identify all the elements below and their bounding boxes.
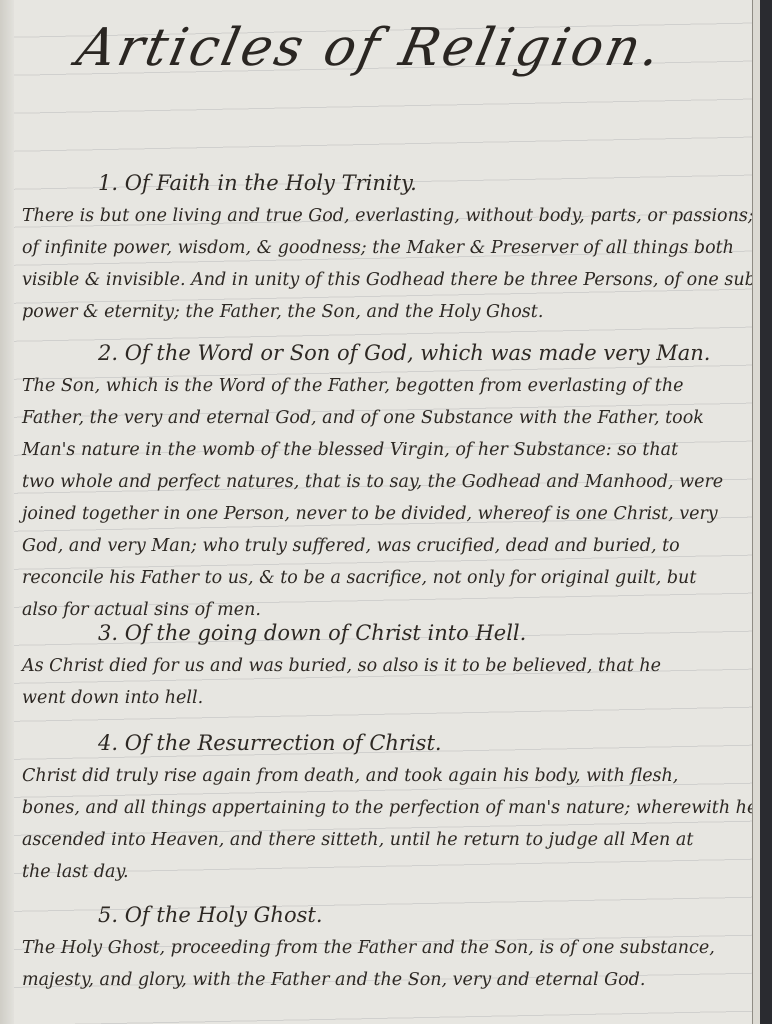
text-line: As Christ died for us and was buried, so… [22,650,752,682]
article-heading: 2. Of the Word or Son of God, which was … [22,338,752,368]
text-line: ascended into Heaven, and there sitteth,… [22,824,752,856]
text-line: visible & invisible. And in unity of thi… [22,264,752,296]
article-body: The Holy Ghost, proceeding from the Fath… [22,932,752,996]
article-heading: 1. Of Faith in the Holy Trinity. [22,168,752,198]
text-line: majesty, and glory, with the Father and … [22,964,752,996]
text-line: There is but one living and true God, ev… [22,200,752,232]
article-5: 5. Of the Holy Ghost. The Holy Ghost, pr… [22,900,752,996]
article-1: 1. Of Faith in the Holy Trinity. There i… [22,168,752,328]
page-title: Articles of Religion. [72,18,669,78]
book-cover-edge [760,0,772,1024]
text-line: went down into hell. [22,682,752,714]
article-body: As Christ died for us and was buried, so… [22,650,752,714]
article-body: There is but one living and true God, ev… [22,200,752,328]
text-line: two whole and perfect natures, that is t… [22,466,752,498]
article-heading: 3. Of the going down of Christ into Hell… [22,618,752,648]
text-line: reconcile his Father to us, & to be a sa… [22,562,752,594]
binding-edge [0,0,14,1024]
article-body: Christ did truly rise again from death, … [22,760,752,888]
article-3: 3. Of the going down of Christ into Hell… [22,618,752,714]
text-line: power & eternity; the Father, the Son, a… [22,296,752,328]
text-line: God, and very Man; who truly suffered, w… [22,530,752,562]
text-line: of infinite power, wisdom, & goodness; t… [22,232,752,264]
text-line: Man's nature in the womb of the blessed … [22,434,752,466]
text-line: joined together in one Person, never to … [22,498,752,530]
ruled-notebook-page: Articles of Religion. 1. Of Faith in the… [0,0,752,1024]
article-heading: 4. Of the Resurrection of Christ. [22,728,752,758]
text-line: bones, and all things appertaining to th… [22,792,752,824]
article-heading: 5. Of the Holy Ghost. [22,900,752,930]
text-line: Father, the very and eternal God, and of… [22,402,752,434]
article-2: 2. Of the Word or Son of God, which was … [22,338,752,626]
text-line: the last day. [22,856,752,888]
article-body: The Son, which is the Word of the Father… [22,370,752,626]
text-line: Christ did truly rise again from death, … [22,760,752,792]
article-4: 4. Of the Resurrection of Christ. Christ… [22,728,752,888]
text-line: The Son, which is the Word of the Father… [22,370,752,402]
text-line: The Holy Ghost, proceeding from the Fath… [22,932,752,964]
